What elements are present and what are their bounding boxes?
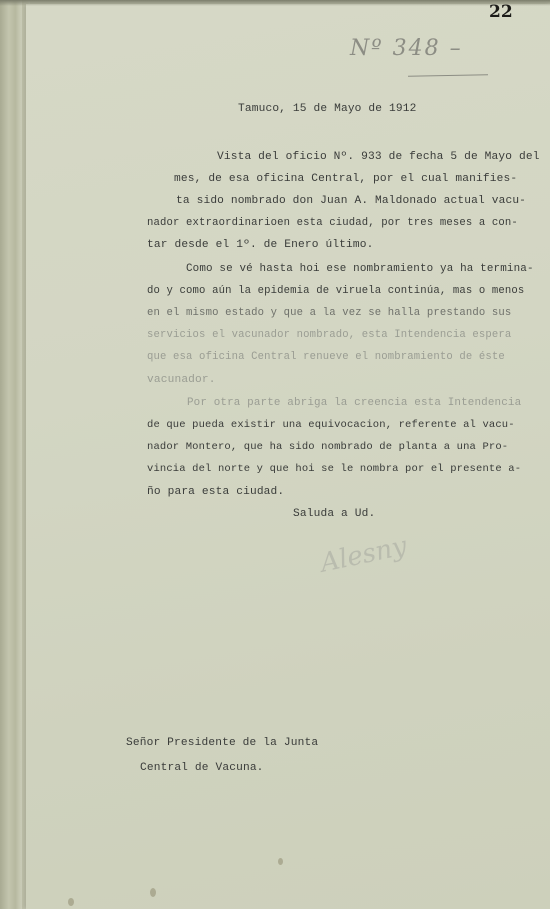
body-line: vacunador.	[147, 374, 216, 386]
paper-stain	[68, 898, 74, 906]
paper-stain	[150, 888, 156, 897]
page-stack-edge	[0, 0, 22, 909]
pencil-annotation: Nº 348 –	[350, 36, 463, 61]
body-line: en el mismo estado y que a la vez se hal…	[147, 307, 511, 319]
paper-stain	[278, 858, 283, 865]
body-line: Por otra parte abriga la creencia esta I…	[187, 397, 521, 409]
body-line: de que pueda existir una equivocacion, r…	[147, 419, 515, 431]
body-line: servicios el vacunador nombrado, esta In…	[147, 329, 511, 341]
body-line: tar desde el 1º. de Enero último.	[147, 239, 374, 251]
folio-number: 22	[489, 2, 513, 22]
body-line: nador Montero, que ha sido nombrado de p…	[147, 441, 508, 453]
top-shadow	[0, 0, 550, 6]
closing-salutation: Saluda a Ud.	[293, 508, 375, 520]
body-line: mes, de esa oficina Central, por el cual…	[174, 173, 517, 185]
body-line: que esa oficina Central renueve el nombr…	[147, 351, 505, 363]
body-line: vincia del norte y que hoi se le nombra …	[147, 463, 521, 475]
body-line: Como se vé hasta hoi ese nombramiento ya…	[186, 263, 534, 275]
addressee-line-2: Central de Vacuna.	[140, 762, 264, 774]
body-line: ño para esta ciudad.	[147, 486, 284, 498]
addressee-line-1: Señor Presidente de la Junta	[126, 737, 318, 749]
date-line: Tamuco, 15 de Mayo de 1912	[238, 103, 416, 115]
body-line: do y como aún la epidemia de viruela con…	[147, 285, 524, 297]
body-line: ta sido nombrado don Juan A. Maldonado a…	[176, 195, 526, 207]
document-page	[26, 4, 550, 909]
body-line: Vista del oficio Nº. 933 de fecha 5 de M…	[217, 151, 540, 163]
body-line: nador extraordinarioen esta ciudad, por …	[147, 217, 518, 229]
